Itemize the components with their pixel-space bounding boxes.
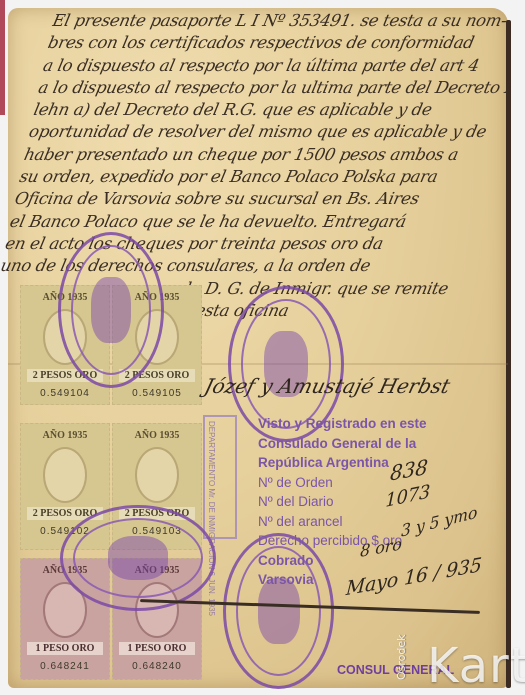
stamp-serial: 0.549104 xyxy=(21,388,109,399)
applicant-signature: Józef y Amustajé Herbst xyxy=(202,374,453,398)
hand-line: bres con los certificados respectivos de… xyxy=(46,32,521,54)
stamp-serial: 0.648241 xyxy=(21,661,109,672)
hand-line: haber presentado un cheque por 1500 peso… xyxy=(22,144,497,166)
stamp-serial: 0.648240 xyxy=(113,661,201,672)
visa-line: Visto y Registrado en este xyxy=(258,414,427,434)
coat-of-arms-icon xyxy=(43,447,87,503)
hand-line: Oficina de Varsovia sobre su sucursal en… xyxy=(13,188,488,210)
page-spine-edge xyxy=(506,20,511,688)
immigration-date-stamp: DEPARTAMENTO Mr. DE INMIGRACION 6 JUN. 1… xyxy=(203,415,237,539)
date-stamp-text: DEPARTAMENTO Mr. DE INMIGRACION 6 JUN. 1… xyxy=(207,421,216,616)
stamp-denomination: 1 PESO ORO xyxy=(27,642,103,655)
watermark-small: Ośrodek xyxy=(395,634,408,680)
background-red-strip xyxy=(0,0,5,115)
hand-line: el Banco Polaco que se le ha devuelto. E… xyxy=(8,211,483,233)
hand-line: El presente pasaporte L I Nº 353491. se … xyxy=(50,10,525,32)
watermark-brand: Karta xyxy=(427,638,525,694)
hand-line: a lo dispuesto al respecto por la ultima… xyxy=(36,77,511,99)
coat-of-arms-icon xyxy=(91,277,131,343)
stamp-denomination: 1 PESO ORO xyxy=(119,642,195,655)
hand-line: lehn a) del Decreto del R.G. que es apli… xyxy=(31,99,506,121)
consulate-seal xyxy=(58,232,164,388)
hand-line: su orden, expedido por el Banco Polaco P… xyxy=(17,166,492,188)
hand-line: a lo dispuesto al respecto por la última… xyxy=(41,55,516,77)
visa-line: Consulado General de la xyxy=(258,434,427,454)
hand-line: oportunidad de resolver del mismo que es… xyxy=(27,121,502,143)
coat-of-arms-icon xyxy=(135,447,179,503)
stamp-year: AÑO 1935 xyxy=(21,430,109,441)
consulate-seal xyxy=(60,505,216,611)
coat-of-arms-icon xyxy=(108,536,168,580)
stamp-serial: 0.549105 xyxy=(113,388,201,399)
stamp-year: AÑO 1935 xyxy=(113,430,201,441)
